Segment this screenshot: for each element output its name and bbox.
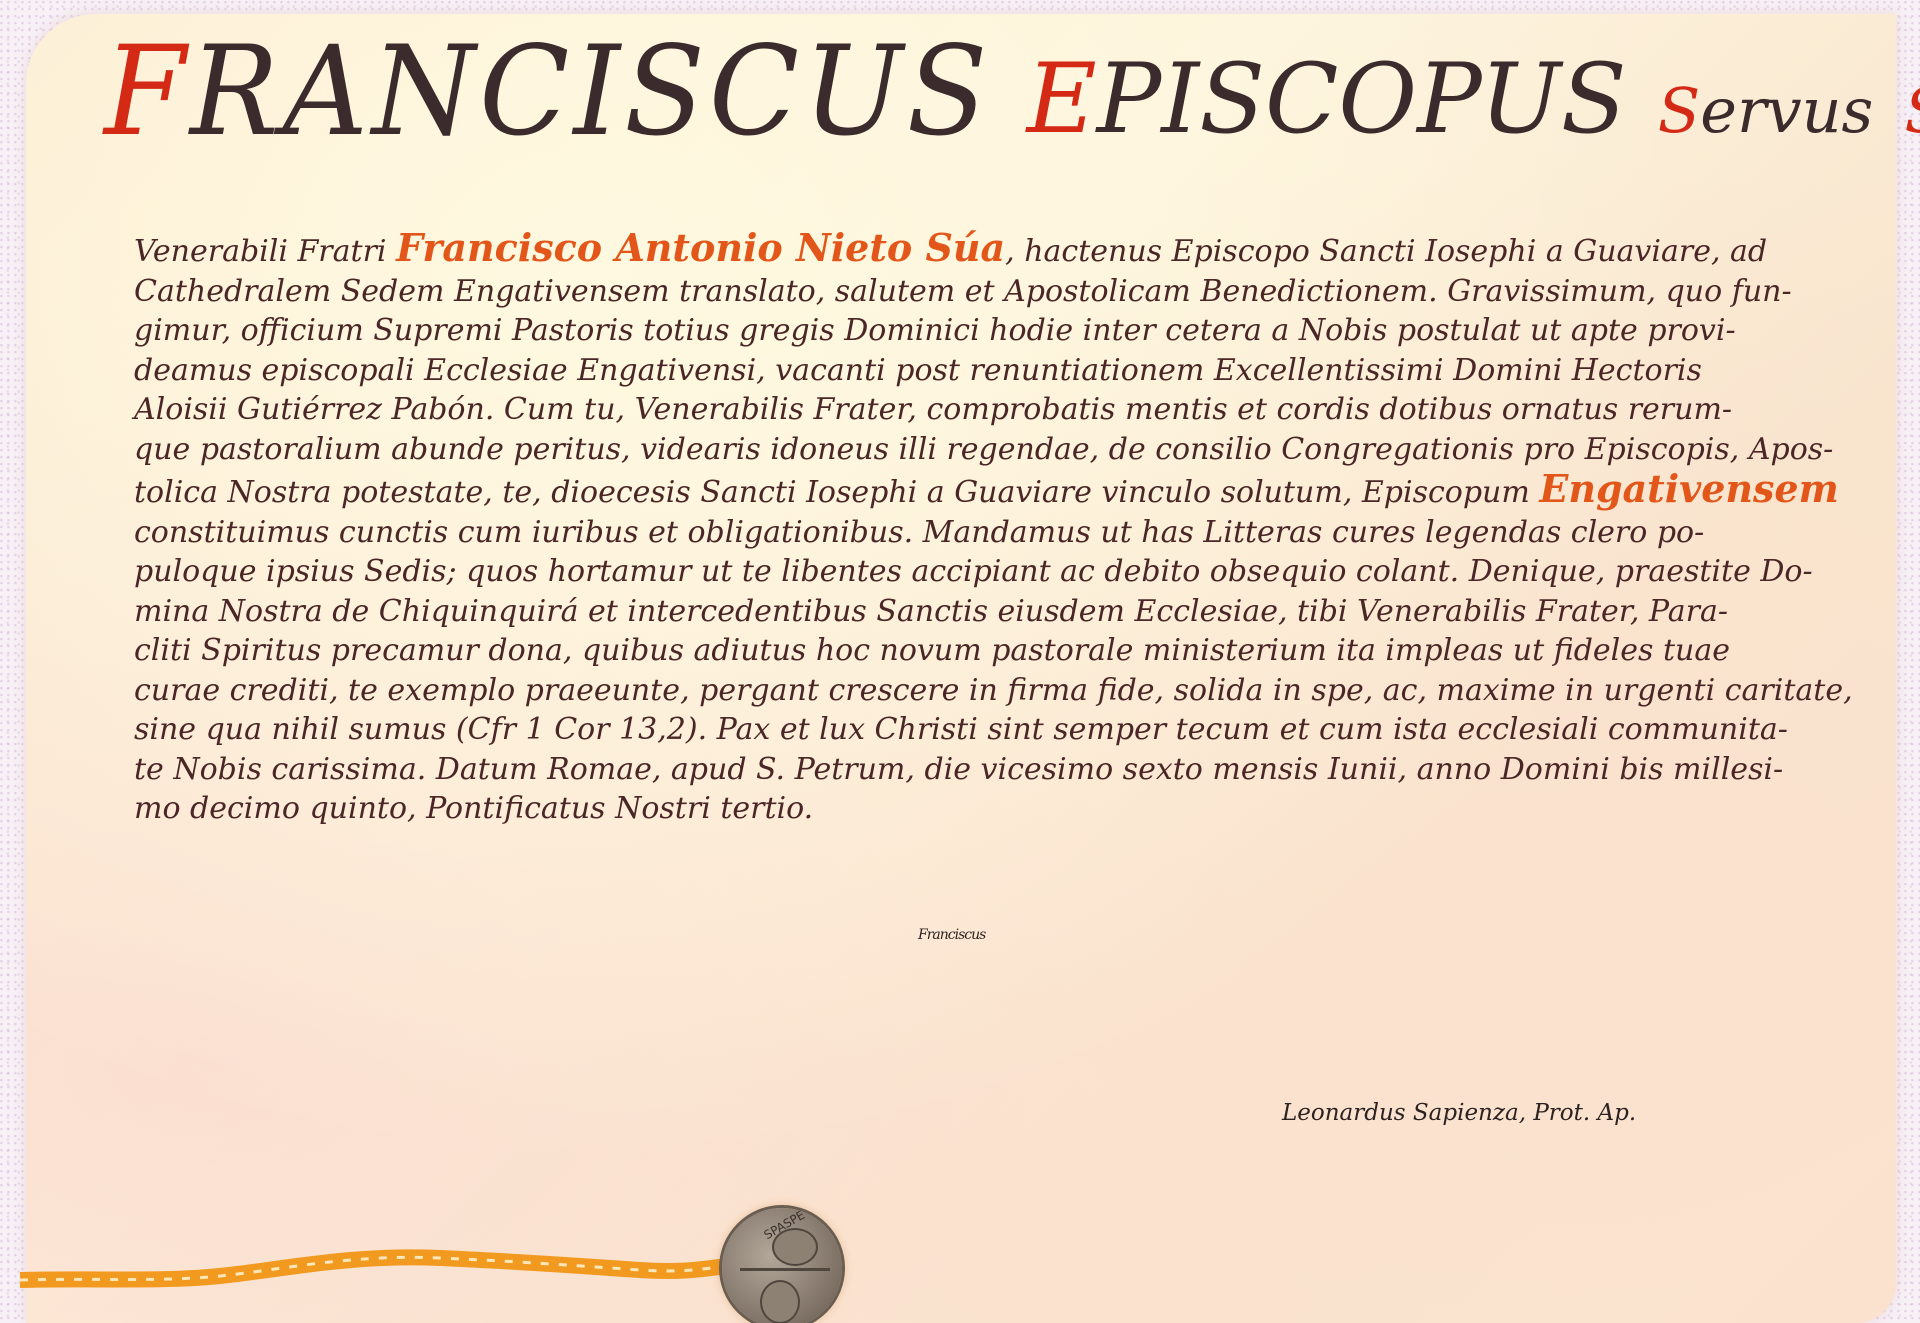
heading-initial-s2: S bbox=[1904, 74, 1920, 147]
body-line: puloque ipsius Sedis; quos hortamur ut t… bbox=[134, 552, 1774, 592]
body-line: te Nobis carissima. Datum Romae, apud S.… bbox=[134, 750, 1774, 790]
body-line: Venerabili Fratri Francisco Antonio Niet… bbox=[134, 228, 1774, 272]
body-line: mina Nostra de Chiquinquirá et intercede… bbox=[134, 592, 1774, 632]
seal-head-paul bbox=[772, 1228, 818, 1266]
heading-episcopus: EPISCOPUS bbox=[1027, 43, 1627, 155]
lead-seal-bulla-icon: SPASPE bbox=[722, 1208, 842, 1323]
silk-cord-icon bbox=[20, 1244, 740, 1294]
body-line: constituimus cunctis cum iuribus et obli… bbox=[134, 513, 1774, 553]
seal-cross-bar bbox=[740, 1268, 830, 1271]
body-line: cliti Spiritus precamur dona, quibus adi… bbox=[134, 631, 1774, 671]
pope-signature: Franciscus bbox=[918, 927, 985, 943]
seal-head-peter bbox=[760, 1280, 800, 1323]
document-heading: FRANCISCUS EPISCOPUS Servus ServorumDei bbox=[104, 22, 1920, 160]
body-line: Cathedralem Sedem Engativensem translato… bbox=[134, 272, 1774, 312]
protonotary-signature: Leonardus Sapienza, Prot. Ap. bbox=[1282, 1100, 1636, 1126]
heading-servorum: Servorum bbox=[1904, 74, 1920, 147]
heading-initial-f: F bbox=[104, 19, 190, 164]
body-line: gimur, officium Supremi Pastoris totius … bbox=[134, 311, 1774, 351]
bull-body-text: Venerabili Fratri Francisco Antonio Niet… bbox=[134, 228, 1774, 829]
heading-initial-s1: S bbox=[1658, 74, 1700, 147]
bishop-name: Francisco Antonio Nieto Súa bbox=[396, 225, 1005, 270]
heading-servus: Servus bbox=[1658, 74, 1874, 147]
body-line: sine qua nihil sumus (Cfr 1 Cor 13,2). P… bbox=[134, 710, 1774, 750]
body-line: tolica Nostra potestate, te, dioecesis S… bbox=[134, 469, 1774, 513]
body-line: que pastoralium abunde peritus, videaris… bbox=[134, 430, 1774, 470]
body-line: curae crediti, te exemplo praeeunte, per… bbox=[134, 671, 1774, 711]
see-name: Engativensem bbox=[1539, 466, 1838, 511]
body-line: deamus episcopali Ecclesiae Engativensi,… bbox=[134, 351, 1774, 391]
body-line: Aloisii Gutiérrez Pabón. Cum tu, Venerab… bbox=[134, 390, 1774, 430]
body-line: mo decimo quinto, Pontificatus Nostri te… bbox=[134, 789, 1774, 829]
heading-initial-e: E bbox=[1027, 43, 1097, 155]
heading-franciscus: FRANCISCUS bbox=[104, 19, 992, 164]
